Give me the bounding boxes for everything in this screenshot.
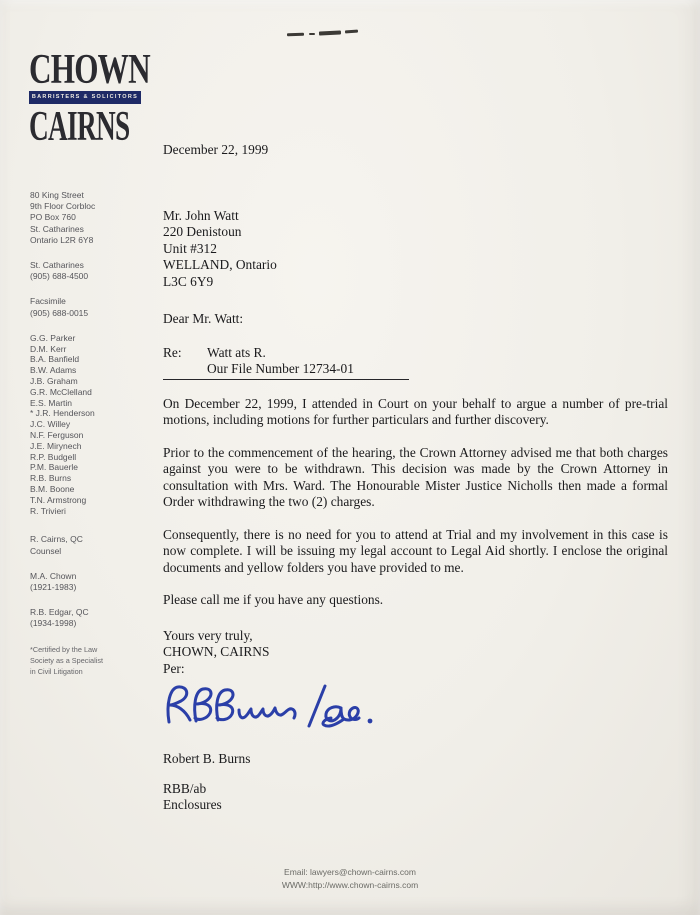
- letterhead-sidebar: 80 King Street9th Floor CorblocPO Box 76…: [30, 190, 138, 677]
- lawyer-name: J.C. Willey: [30, 419, 138, 430]
- handwritten-signature: [163, 680, 668, 732]
- firm-phone: St. Catharines(905) 688-4500: [30, 260, 138, 282]
- lawyer-name: D.M. Kerr: [30, 344, 138, 355]
- signed-name: Robert B. Burns: [163, 751, 668, 768]
- firm-address: 80 King Street9th Floor CorblocPO Box 76…: [30, 190, 138, 246]
- lawyer-name: T.N. Armstrong: [30, 495, 138, 506]
- lawyer-name: J.E. Mirynech: [30, 441, 138, 452]
- recipient-line: Unit #312: [163, 241, 668, 258]
- counsel-block: R. Cairns, QCCounsel: [30, 534, 138, 556]
- firm-tagline: BARRISTERS & SOLICITORS: [29, 91, 141, 104]
- re-row: Re:Watt ats R.: [163, 345, 668, 362]
- staple-mark: [287, 28, 357, 40]
- recipient-line: 220 Denistoun: [163, 224, 668, 241]
- firm-name-bottom: CAIRNS: [29, 105, 109, 148]
- memorial-edgar: R.B. Edgar, QC(1934-1998): [30, 607, 138, 629]
- reference-block: RBB/ab Enclosures: [163, 781, 668, 814]
- lawyer-name: R.P. Budgell: [30, 452, 138, 463]
- lawyer-name: G.G. Parker: [30, 333, 138, 344]
- re-block: Re:Watt ats R. Our File Number 12734-01: [163, 345, 668, 380]
- paragraph-4: Please call me if you have any questions…: [163, 592, 668, 609]
- letter-body: December 22, 1999 Mr. John Watt220 Denis…: [163, 142, 668, 814]
- salutation: Dear Mr. Watt:: [163, 311, 668, 328]
- recipient-line: WELLAND, Ontario: [163, 257, 668, 274]
- lawyer-name: P.M. Bauerle: [30, 462, 138, 473]
- re-subject: Watt ats R.: [207, 345, 266, 360]
- counsel-line: R. Cairns, QC: [30, 534, 138, 545]
- closing-line: Per:: [163, 661, 668, 678]
- lawyer-name: J.B. Graham: [30, 376, 138, 387]
- lawyer-name: B.M. Boone: [30, 484, 138, 495]
- lawyer-name: * J.R. Henderson: [30, 408, 138, 419]
- lawyer-name: N.F. Ferguson: [30, 430, 138, 441]
- letter-date: December 22, 1999: [163, 142, 668, 159]
- footer-website: WWW:http://www.chown-cairns.com: [0, 879, 700, 892]
- address-line: Ontario L2R 6Y8: [30, 235, 138, 246]
- closing-block: Yours very truly,CHOWN, CAIRNSPer:: [163, 628, 668, 678]
- lawyer-name: B.A. Banfield: [30, 354, 138, 365]
- fax-line: (905) 688-0015: [30, 308, 138, 319]
- address-line: 9th Floor Corbloc: [30, 201, 138, 212]
- closing-line: Yours very truly,: [163, 628, 668, 645]
- recipient-line: L3C 6Y9: [163, 274, 668, 291]
- firm-fax: Facsimile(905) 688-0015: [30, 296, 138, 318]
- lawyer-name: R.B. Burns: [30, 473, 138, 484]
- memorial-chown: M.A. Chown(1921-1983): [30, 571, 138, 593]
- phone-line: (905) 688-4500: [30, 271, 138, 282]
- paragraph-2: Prior to the commencement of the hearing…: [163, 445, 668, 511]
- lawyer-name: G.R. McClelland: [30, 387, 138, 398]
- address-line: 80 King Street: [30, 190, 138, 201]
- firm-name-top: CHOWN: [29, 48, 120, 91]
- closing-line: CHOWN, CAIRNS: [163, 644, 668, 661]
- phone-line: St. Catharines: [30, 260, 138, 271]
- firm-logo: CHOWN BARRISTERS & SOLICITORS CAIRNS: [29, 50, 143, 147]
- recipient-address: Mr. John Watt220 DenistounUnit #312WELLA…: [163, 208, 668, 291]
- enclosures-note: Enclosures: [163, 797, 668, 814]
- footer-email: Email: lawyers@chown-cairns.com: [0, 866, 700, 879]
- file-number-line: Our File Number 12734-01: [163, 361, 409, 380]
- reference-initials: RBB/ab: [163, 781, 668, 798]
- lawyer-name: R. Trivieri: [30, 506, 138, 517]
- address-line: PO Box 760: [30, 212, 138, 223]
- re-label: Re:: [163, 345, 207, 362]
- lawyer-name: B.W. Adams: [30, 365, 138, 376]
- fax-line: Facsimile: [30, 296, 138, 307]
- paragraph-3: Consequently, there is no need for you t…: [163, 527, 668, 577]
- memorial-line: (1921-1983): [30, 582, 138, 593]
- counsel-line: Counsel: [30, 546, 138, 557]
- paragraph-1: On December 22, 1999, I attended in Cour…: [163, 396, 668, 429]
- letter-page: CHOWN BARRISTERS & SOLICITORS CAIRNS 80 …: [0, 0, 700, 915]
- lawyer-list: G.G. ParkerD.M. KerrB.A. BanfieldB.W. Ad…: [30, 333, 138, 517]
- recipient-line: Mr. John Watt: [163, 208, 668, 225]
- certification-footnote: *Certified by the Law Society as a Speci…: [30, 644, 106, 677]
- lawyer-name: E.S. Martin: [30, 398, 138, 409]
- memorial-line: (1934-1998): [30, 618, 138, 629]
- page-footer: Email: lawyers@chown-cairns.com WWW:http…: [0, 866, 700, 891]
- memorial-line: R.B. Edgar, QC: [30, 607, 138, 618]
- memorial-line: M.A. Chown: [30, 571, 138, 582]
- address-line: St. Catharines: [30, 224, 138, 235]
